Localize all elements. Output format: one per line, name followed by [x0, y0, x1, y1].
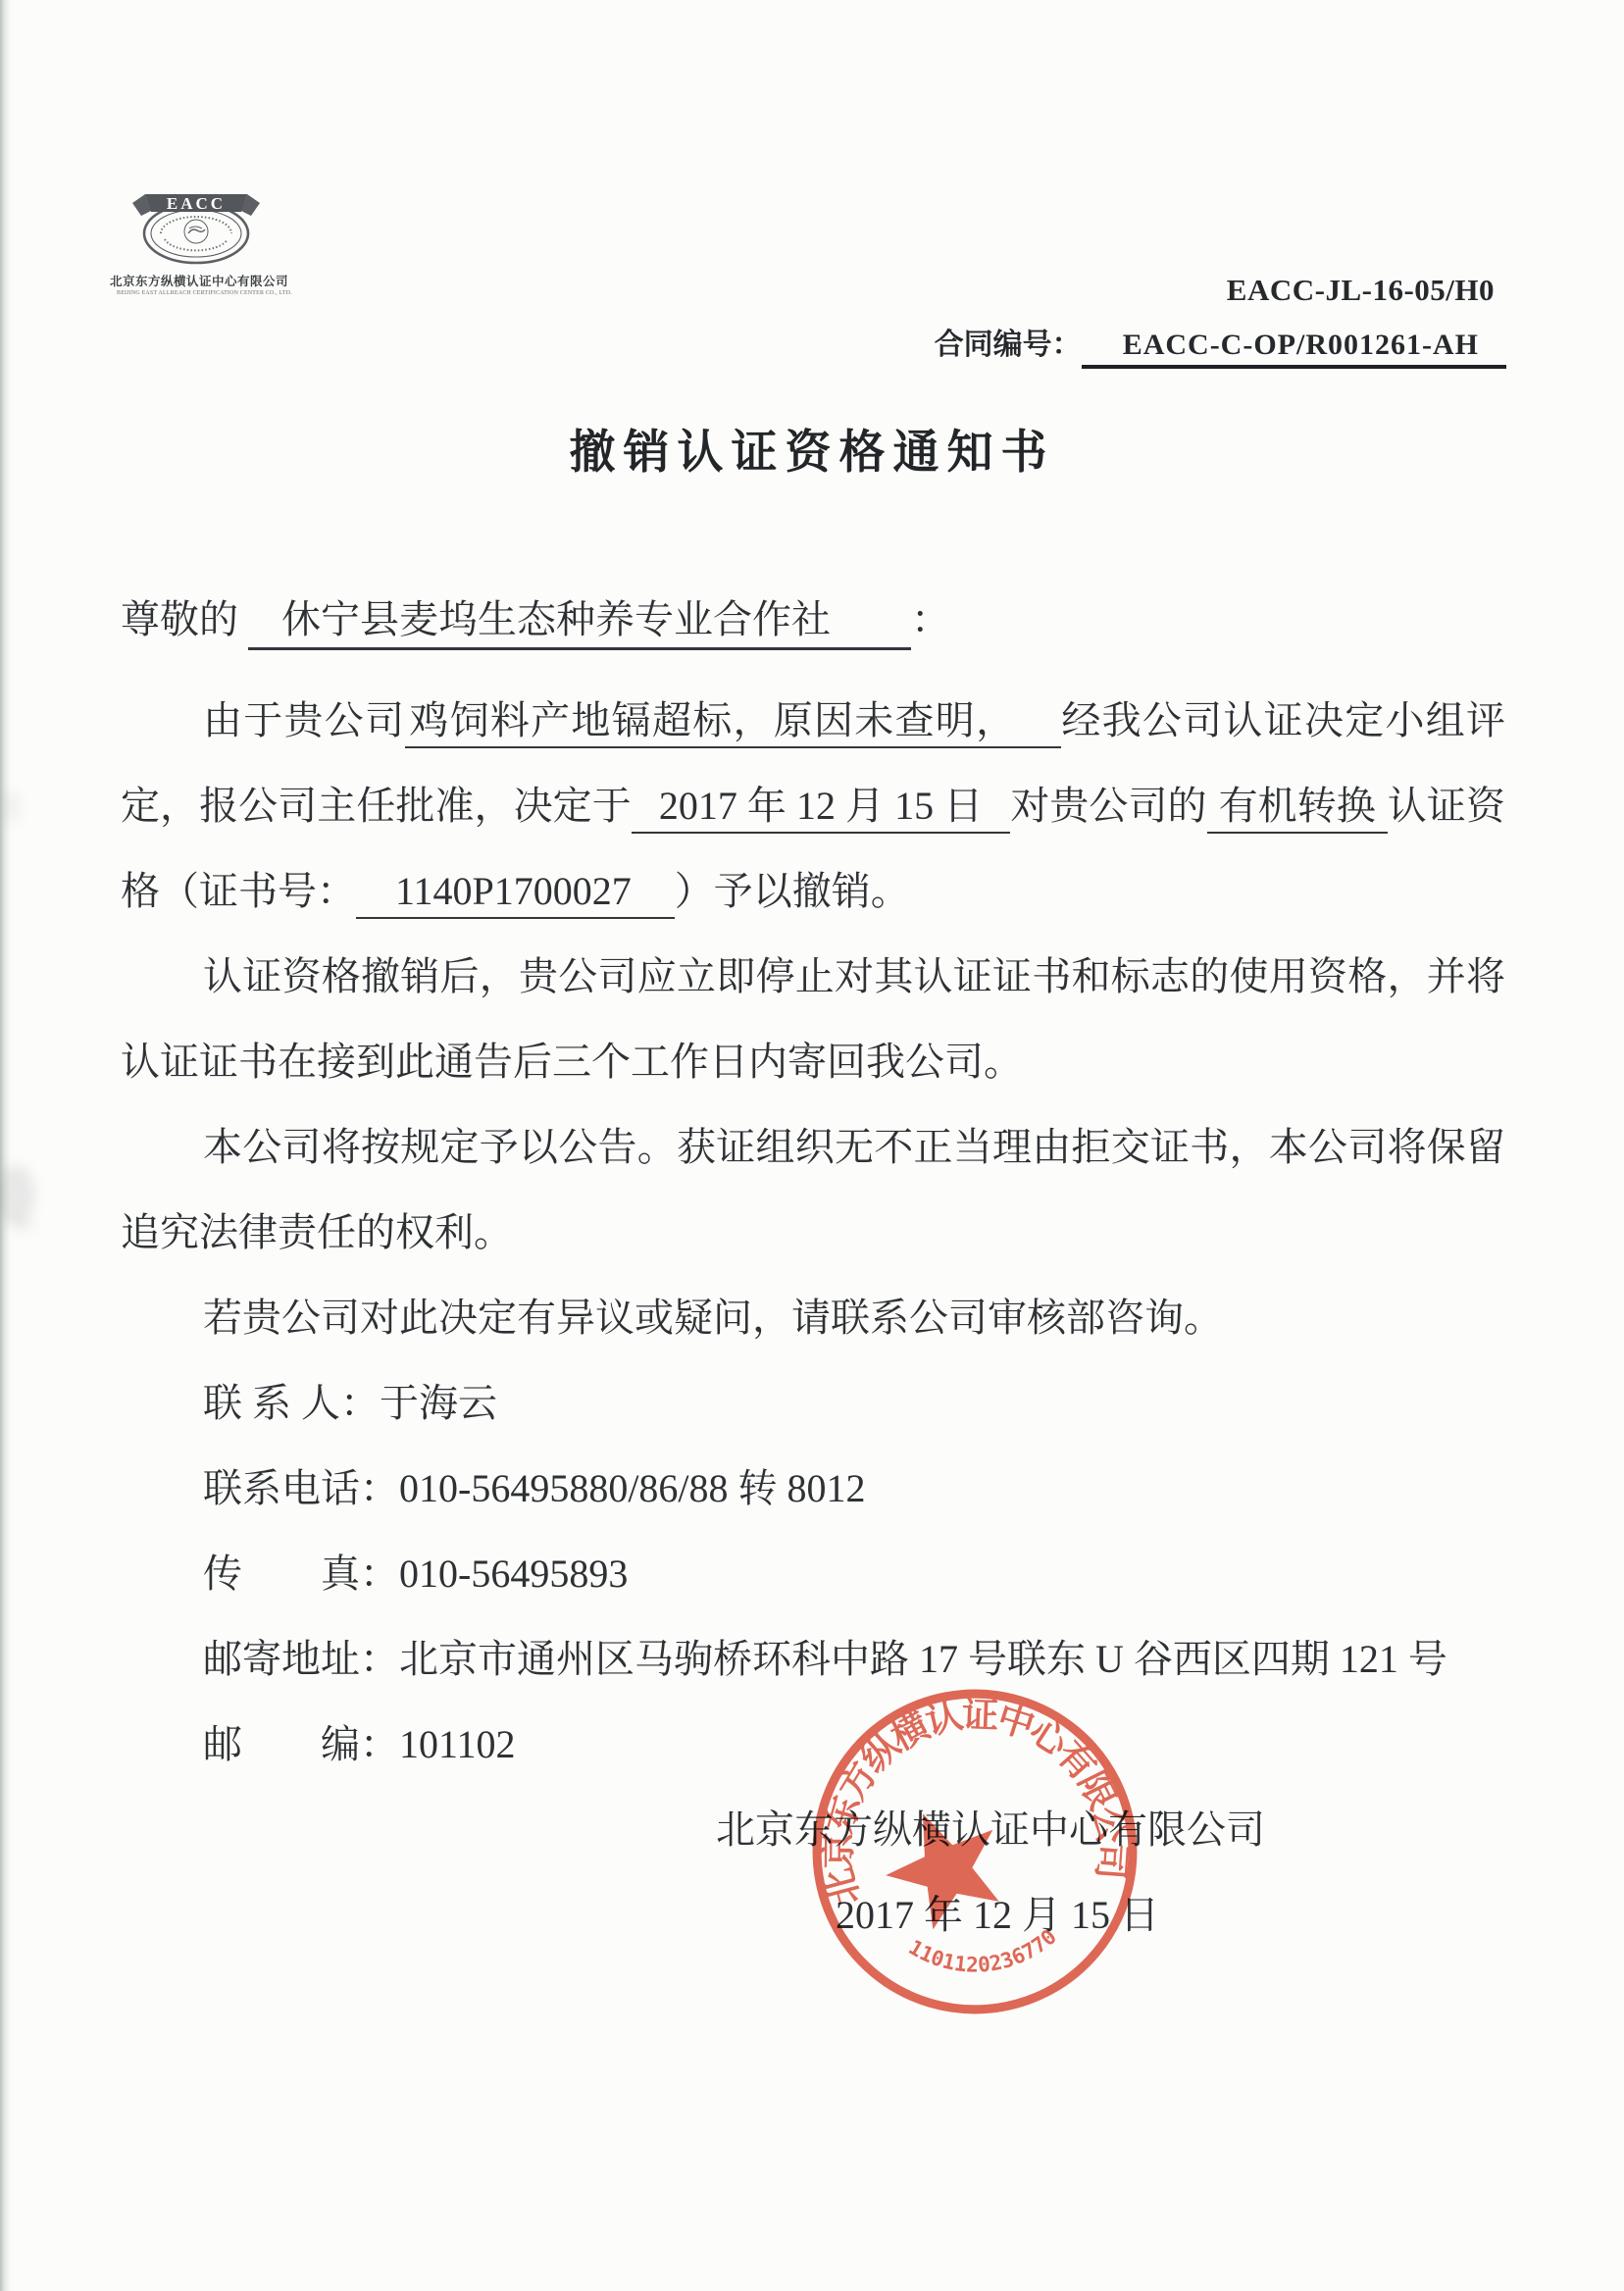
salutation-prefix: 尊敬的 [121, 597, 238, 641]
scanned-notice-page: EACC 北京东方纵横认证中心有限公司 BEIJING EAST ALLREAC… [0, 0, 1624, 2291]
p1-tail: ）予以撤销。 [675, 869, 910, 913]
paragraph-decision: 由于贵公司鸡饲料产地镉超标，原因未查明，经我公司认证决定小组评定，报公司主任批准… [121, 678, 1505, 934]
contact-phone-value: 010-56495880/86/88 转 8012 [399, 1466, 866, 1510]
revocation-reason: 鸡饲料产地镉超标，原因未查明， [405, 698, 1061, 748]
contact-person-line: 联 系 人：于海云 [121, 1360, 1505, 1446]
page-title: 撤销认证资格通知书 [0, 416, 1624, 482]
contact-address-value: 北京市通州区马驹桥环科中路 17 号联东 U 谷西区四期 121 号 [399, 1637, 1447, 1681]
revocation-date: 2017 年 12 月 15 日 [632, 784, 1011, 834]
contract-number-label: 合同编号： [935, 329, 1082, 361]
eacc-seal-icon: EACC [110, 182, 282, 265]
contract-number-line: 合同编号：EACC-C-OP/R001261-AH [935, 320, 1506, 369]
paragraph-objection: 若贵公司对此决定有异议或疑问，请联系公司审核部咨询。 [121, 1275, 1505, 1360]
salutation-colon: ： [911, 597, 950, 641]
contact-zipcode-value: 101102 [399, 1722, 516, 1766]
certificate-number: 1140P1700027 [356, 869, 675, 919]
contract-number-value: EACC-C-OP/R001261-AH [1082, 329, 1506, 369]
contact-fax-line: 传 真：010-56495893 [121, 1531, 1505, 1616]
contact-zipcode-label: 邮 编： [203, 1722, 399, 1766]
contact-address-line: 邮寄地址：北京市通州区马驹桥环科中路 17 号联东 U 谷西区四期 121 号 [121, 1616, 1505, 1702]
eacc-logo: EACC 北京东方纵横认证中心有限公司 BEIJING EAST ALLREAC… [110, 182, 282, 296]
scanner-edge-artifact [0, 0, 11, 2291]
contact-person-value: 于海云 [380, 1381, 497, 1425]
signature-date: 2017 年 12 月 15 日 [836, 1872, 1505, 1958]
salutation-line: 尊敬的 休宁县麦坞生态种养专业合作社： [121, 577, 1505, 662]
recipient-name: 休宁县麦坞生态种养专业合作社 [248, 597, 911, 650]
contact-person-label: 联 系 人： [203, 1381, 380, 1425]
letter-body: 尊敬的 休宁县麦坞生态种养专业合作社： 由于贵公司鸡饲料产地镉超标，原因未查明，… [121, 577, 1505, 1958]
logo-acronym: EACC [167, 194, 226, 213]
certification-type: 有机转换 [1207, 784, 1388, 834]
p1-lead: 由于贵公司 [203, 698, 405, 742]
contact-fax-value: 010-56495893 [399, 1552, 628, 1596]
scan-smudge [0, 1165, 35, 1224]
contact-fax-label: 传 真： [203, 1552, 399, 1596]
paragraph-obligation: 认证资格撤销后，贵公司应立即停止对其认证证书和标志的使用资格，并将认证证书在接到… [121, 934, 1505, 1104]
p1-mid2: 对贵公司的 [1010, 784, 1206, 828]
logo-company-name-cn: 北京东方纵横认证中心有限公司 [110, 272, 282, 289]
paragraph-announcement: 本公司将按规定予以公告。获证组织无不正当理由拒交证书，本公司将保留追究法律责任的… [121, 1104, 1505, 1275]
logo-company-name-en: BEIJING EAST ALLREACH CERTIFICATION CENT… [117, 289, 276, 295]
document-code: EACC-JL-16-05/H0 [1227, 273, 1495, 308]
contact-address-label: 邮寄地址： [203, 1637, 399, 1681]
contact-phone-line: 联系电话：010-56495880/86/88 转 8012 [121, 1446, 1505, 1531]
signature-company: 北京东方纵横认证中心有限公司 [716, 1787, 1505, 1872]
scan-smudge [10, 1216, 35, 1232]
contact-phone-label: 联系电话： [203, 1466, 399, 1510]
contact-zipcode-line: 邮 编：101102 [121, 1702, 1505, 1787]
scan-smudge [2, 790, 20, 824]
